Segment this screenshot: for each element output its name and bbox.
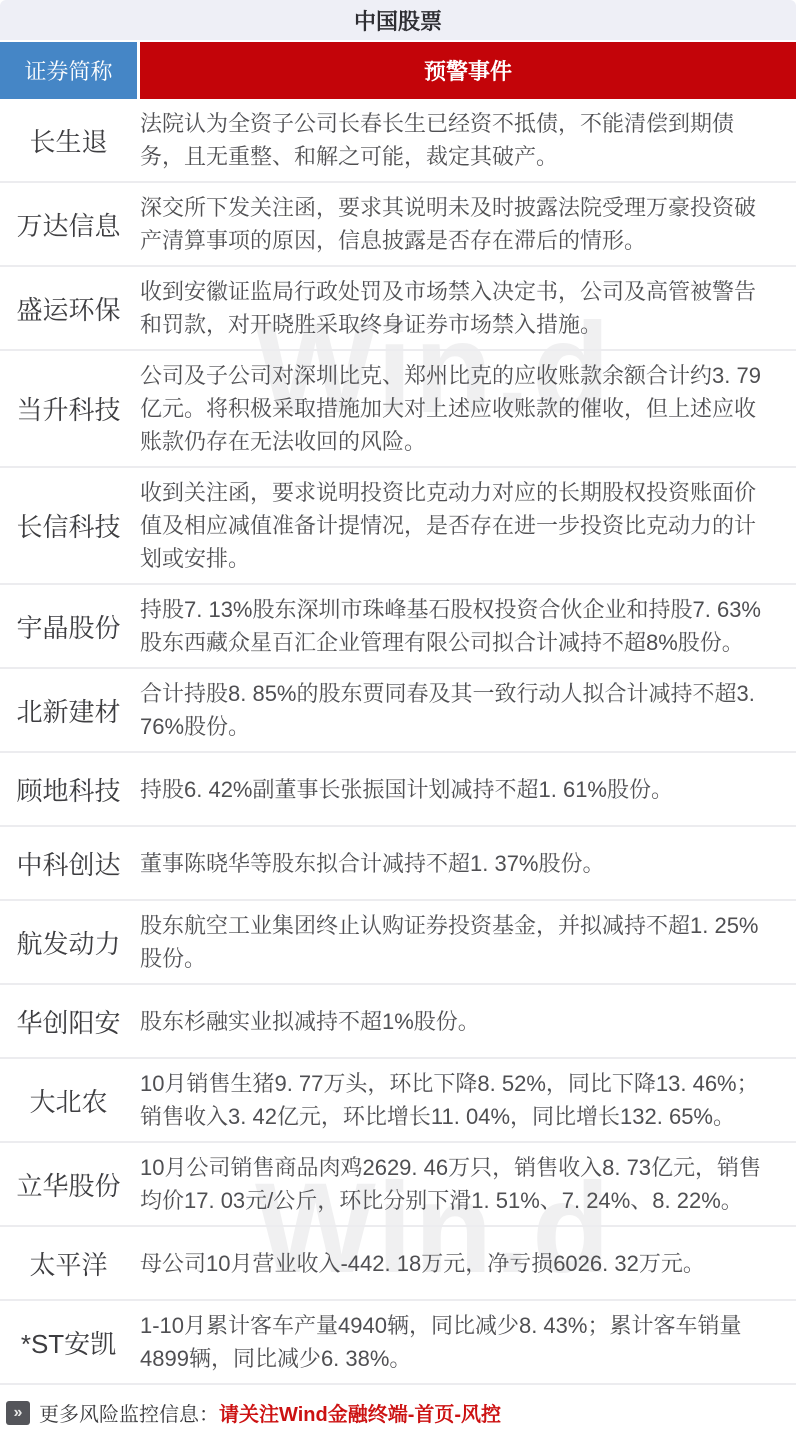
table-row: 顾地科技 持股6. 42%副董事长张振国计划减持不超1. 61%股份。: [0, 753, 796, 827]
table-row: 华创阳安 股东杉融实业拟减持不超1%股份。: [0, 985, 796, 1059]
column-header-security-name: 证券简称: [0, 42, 137, 99]
event-cell: 股东杉融实业拟减持不超1%股份。: [137, 997, 796, 1046]
stock-name-cell: 北新建材: [0, 684, 137, 737]
stock-name-cell: 航发动力: [0, 916, 137, 969]
event-cell: 合计持股8. 85%的股东贾同春及其一致行动人拟合计减持不超3. 76%股份。: [137, 669, 796, 751]
page-title: 中国股票: [354, 5, 442, 36]
table-row: 当升科技 公司及子公司对深圳比克、郑州比克的应收账款余额合计约3. 79亿元。将…: [0, 351, 796, 468]
column-header-warning-event: 预警事件: [140, 42, 796, 99]
stock-name-cell: 华创阳安: [0, 995, 137, 1048]
table-row: 大北农 10月销售生猪9. 77万头，环比下降8. 52%，同比下降13. 46…: [0, 1059, 796, 1143]
title-bar: 中国股票: [0, 0, 796, 40]
stock-name-cell: 太平洋: [0, 1237, 137, 1290]
stock-name-cell: 宇晶股份: [0, 600, 137, 653]
table-row: 中科创达 董事陈晓华等股东拟合计减持不超1. 37%股份。: [0, 827, 796, 901]
stock-name-cell: 中科创达: [0, 837, 137, 890]
event-cell: 收到关注函，要求说明投资比克动力对应的长期股权投资账面价值及相应减值准备计提情况…: [137, 468, 796, 583]
event-cell: 母公司10月营业收入-442. 18万元，净亏损6026. 32万元。: [137, 1239, 796, 1288]
table-row: 万达信息 深交所下发关注函，要求其说明未及时披露法院受理万豪投资破产清算事项的原…: [0, 183, 796, 267]
stock-name-cell: 盛运环保: [0, 282, 137, 335]
table-row: 北新建材 合计持股8. 85%的股东贾同春及其一致行动人拟合计减持不超3. 76…: [0, 669, 796, 753]
double-chevron-icon: »: [6, 1401, 30, 1425]
table-row: 太平洋 母公司10月营业收入-442. 18万元，净亏损6026. 32万元。: [0, 1227, 796, 1301]
event-cell: 法院认为全资子公司长春长生已经资不抵债，不能清偿到期债务，且无重整、和解之可能，…: [137, 99, 796, 181]
event-cell: 股东航空工业集团终止认购证券投资基金，并拟减持不超1. 25%股份。: [137, 901, 796, 983]
stock-name-cell: 立华股份: [0, 1158, 137, 1211]
event-cell: 持股7. 13%股东深圳市珠峰基石股权投资合伙企业和持股7. 63%股东西藏众星…: [137, 585, 796, 667]
table-header-row: 证券简称 预警事件: [0, 42, 796, 99]
footer: » 更多风险监控信息： 请关注Wind金融终端-首页-风控: [0, 1385, 796, 1442]
footer-label: 更多风险监控信息：: [39, 1398, 219, 1427]
stock-name-cell: 当升科技: [0, 382, 137, 435]
event-cell: 公司及子公司对深圳比克、郑州比克的应收账款余额合计约3. 79亿元。将积极采取措…: [137, 351, 796, 466]
footer-link: 请关注Wind金融终端-首页-风控: [219, 1398, 501, 1427]
stock-name-cell: 万达信息: [0, 198, 137, 251]
event-cell: 10月公司销售商品肉鸡2629. 46万只，销售收入8. 73亿元，销售均价17…: [137, 1143, 796, 1225]
event-cell: 深交所下发关注函，要求其说明未及时披露法院受理万豪投资破产清算事项的原因，信息披…: [137, 183, 796, 265]
event-cell: 收到安徽证监局行政处罚及市场禁入决定书，公司及高管被警告和罚款，对开晓胜采取终身…: [137, 267, 796, 349]
stock-name-cell: 长生退: [0, 114, 137, 167]
stock-name-cell: 顾地科技: [0, 763, 137, 816]
table-row: 长信科技 收到关注函，要求说明投资比克动力对应的长期股权投资账面价值及相应减值准…: [0, 468, 796, 585]
stock-name-cell: 大北农: [0, 1074, 137, 1127]
event-cell: 董事陈晓华等股东拟合计减持不超1. 37%股份。: [137, 839, 796, 888]
table-row: 长生退 法院认为全资子公司长春长生已经资不抵债，不能清偿到期债务，且无重整、和解…: [0, 99, 796, 183]
table-row: 盛运环保 收到安徽证监局行政处罚及市场禁入决定书，公司及高管被警告和罚款，对开晓…: [0, 267, 796, 351]
stock-name-cell: *ST安凯: [0, 1316, 137, 1369]
table-row: 宇晶股份 持股7. 13%股东深圳市珠峰基石股权投资合伙企业和持股7. 63%股…: [0, 585, 796, 669]
stock-name-cell: 长信科技: [0, 499, 137, 552]
event-cell: 1-10月累计客车产量4940辆，同比减少8. 43%；累计客车销量4899辆，…: [137, 1301, 796, 1383]
report-page: Win.d Win.d 中国股票 证券简称 预警事件 长生退 法院认为全资子公司…: [0, 0, 796, 1456]
table-row: 立华股份 10月公司销售商品肉鸡2629. 46万只，销售收入8. 73亿元，销…: [0, 1143, 796, 1227]
table-body: 长生退 法院认为全资子公司长春长生已经资不抵债，不能清偿到期债务，且无重整、和解…: [0, 99, 796, 1385]
table-row: 航发动力 股东航空工业集团终止认购证券投资基金，并拟减持不超1. 25%股份。: [0, 901, 796, 985]
table-row: *ST安凯 1-10月累计客车产量4940辆，同比减少8. 43%；累计客车销量…: [0, 1301, 796, 1385]
event-cell: 持股6. 42%副董事长张振国计划减持不超1. 61%股份。: [137, 765, 796, 814]
event-cell: 10月销售生猪9. 77万头，环比下降8. 52%，同比下降13. 46%；销售…: [137, 1059, 796, 1141]
